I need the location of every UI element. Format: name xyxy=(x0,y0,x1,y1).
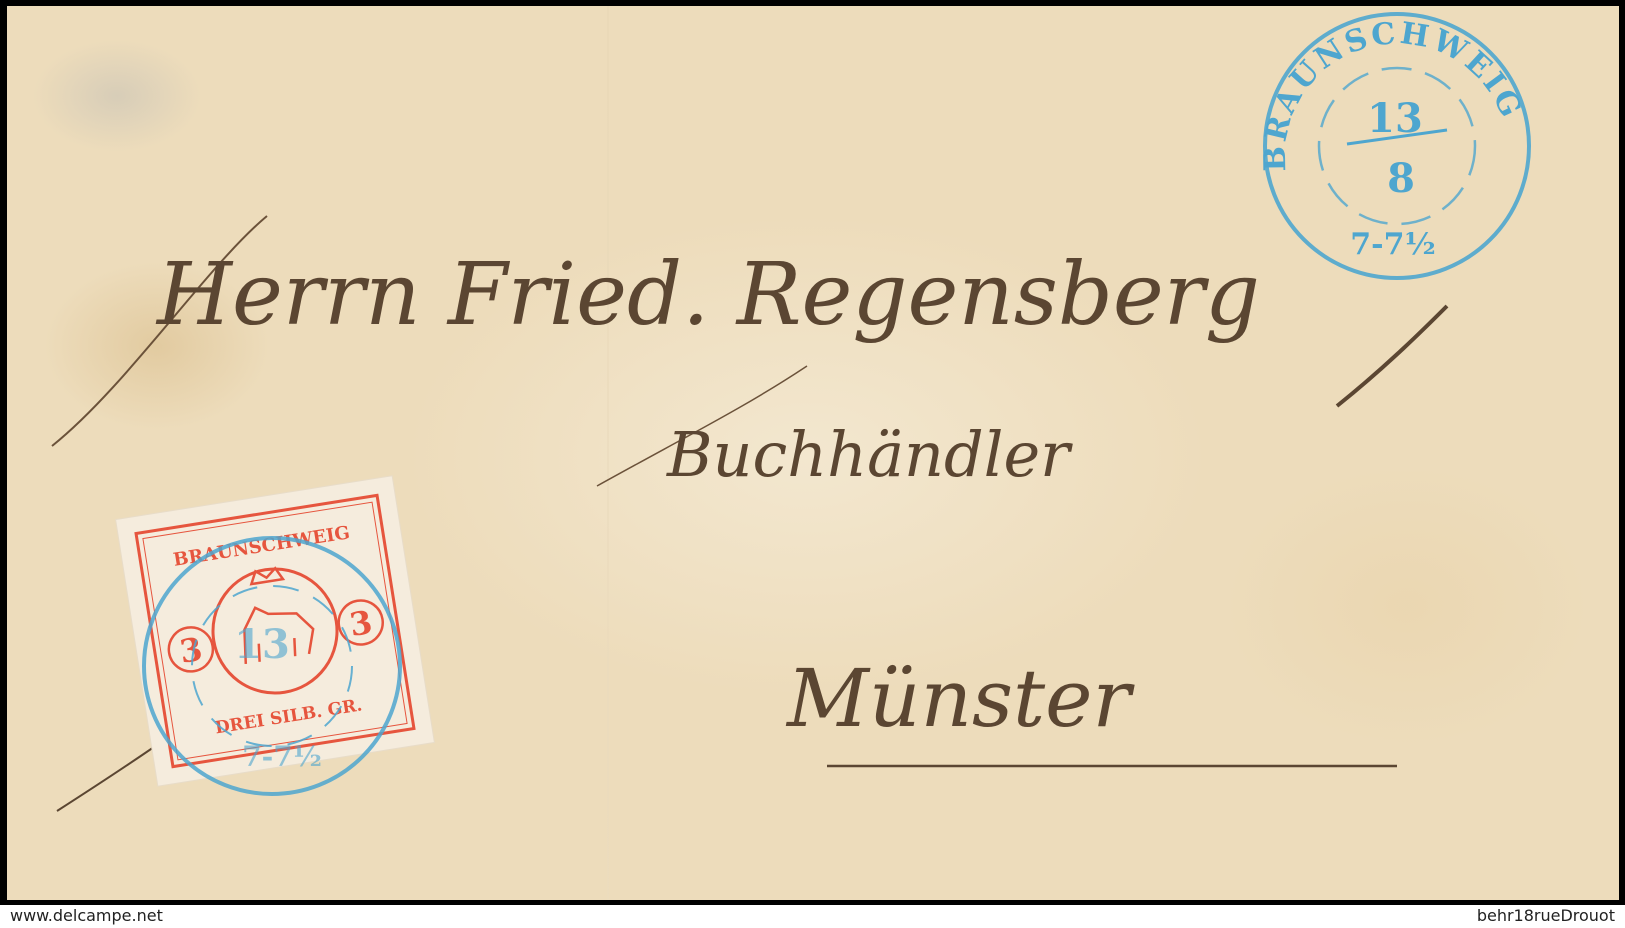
postmark-town: BRAUNSCHWEIG xyxy=(1258,16,1529,172)
postal-cover: Herrn Fried. Regensberg Buchhändler Müns… xyxy=(7,6,1619,900)
svg-text:7-7½: 7-7½ xyxy=(242,740,322,773)
watermark-right: behr18rueDrouot xyxy=(1477,906,1615,925)
address-line-1: Herrn Fried. Regensberg xyxy=(155,245,1260,345)
watermark-left: www.delcampe.net xyxy=(10,906,163,925)
address-line-3: Münster xyxy=(785,652,1136,745)
svg-text:BRAUNSCHWEIG: BRAUNSCHWEIG xyxy=(1258,16,1529,172)
address-line-2: Buchhändler xyxy=(666,418,1073,491)
cover-artwork: Herrn Fried. Regensberg Buchhändler Müns… xyxy=(7,6,1619,900)
postmark-top-right: BRAUNSCHWEIG 13 8 7-7½ xyxy=(1258,14,1529,278)
svg-text:13: 13 xyxy=(234,621,290,668)
postmark-time: 7-7½ xyxy=(1350,227,1436,262)
postmark-month: 8 xyxy=(1387,155,1415,202)
